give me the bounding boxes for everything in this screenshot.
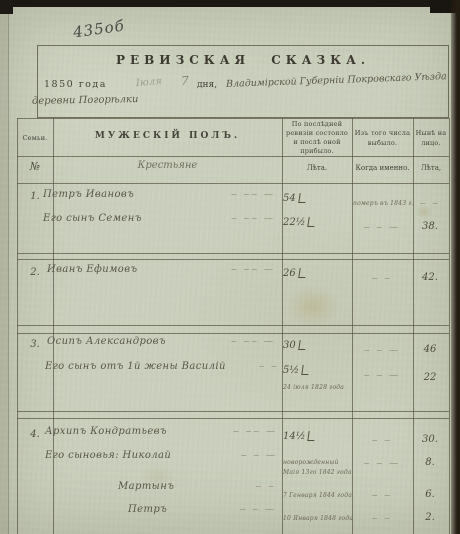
dash-filler: ‒ ‒	[420, 199, 440, 209]
folio-number: 435об	[72, 16, 126, 41]
member-age-now: 42.	[422, 272, 438, 283]
member-row: Иванъ Ефимовъ ‒ ‒‒ —	[47, 264, 275, 275]
departed-cell: ‒ ‒	[353, 506, 411, 525]
member-age-now-cell: 46	[413, 337, 447, 356]
col-header-departed-line2: выбыло.	[352, 139, 413, 148]
scan-top-left-corner	[0, 0, 13, 14]
subheader-age-now: Лѣта,	[413, 164, 449, 172]
subheader-age-prev: Лѣта.	[282, 164, 352, 172]
birth-note: 24 іюля 1828 года	[283, 384, 344, 391]
table-hline	[17, 183, 449, 184]
member-row: Архипъ Кондратьевъ ‒ ‒‒ —	[45, 426, 277, 437]
departed-cell: ‒ ‒ —	[353, 215, 411, 234]
member-age-now-cell: 22	[413, 365, 447, 384]
departed-cell: ‒ ‒	[353, 266, 411, 285]
birth-note-cell: 24 іюля 1828 года	[283, 374, 349, 393]
member-age-prev-cell: 54	[283, 186, 349, 205]
member-row: Петръ Ивановъ ‒ ‒‒ —	[43, 189, 275, 200]
col-header-present-line2: лицо.	[413, 139, 449, 148]
dash-filler: ‒ ‒‒ —	[231, 265, 275, 275]
member-name: Иванъ Ефимовъ	[47, 264, 138, 275]
member-age-prev: 22½	[283, 217, 305, 228]
dash-filler: ‒ ‒ —	[364, 346, 400, 356]
departed-cell: ‒ ‒ —	[353, 363, 411, 382]
member-age-prev: 26	[283, 268, 296, 279]
flourish-mark	[298, 268, 306, 278]
member-age-prev-cell: 14½	[283, 424, 349, 443]
member-age-now: 30.	[422, 434, 438, 445]
col-header-family: Семьи.	[17, 134, 53, 143]
birth-note-cell: 10 Января 1848 года	[283, 505, 349, 524]
birth-note: 7 Генваря 1844 года	[283, 492, 352, 499]
dash-filler: ‒ ‒	[372, 491, 392, 501]
member-age-now-cell: 6.	[413, 482, 447, 501]
dash-filler: ‒ ‒ —	[364, 371, 400, 381]
dash-filler: ‒ ‒ —	[241, 451, 277, 461]
departed-cell: ‒ ‒ —	[353, 451, 411, 470]
birth-note: 10 Января 1848 года	[283, 515, 353, 522]
month-handwritten: Іюля	[136, 76, 163, 89]
dash-filler: ‒ ‒‒ —	[231, 190, 275, 200]
member-age-now: 46	[424, 344, 437, 355]
member-row: Осипъ Александровъ ‒ ‒‒ —	[47, 336, 275, 347]
member-age-now-cell: 38.	[413, 214, 447, 233]
member-name: Его сыновья: Николай	[45, 450, 171, 461]
dash-filler: ‒ ‒‒ —	[231, 214, 275, 224]
day-label: дня,	[197, 80, 217, 90]
member-age-now: 22	[424, 372, 437, 383]
flourish-mark	[308, 217, 316, 227]
member-age-now: 2.	[425, 512, 435, 523]
table-hline	[17, 259, 449, 260]
flourish-mark	[298, 193, 306, 203]
dash-filler: ‒ ‒ —	[364, 459, 400, 469]
member-age-prev-cell: 26	[283, 261, 349, 280]
table-hline	[17, 333, 449, 334]
col-header-prev-revision-line3: и послѣ оной	[282, 138, 352, 147]
dash-filler: ‒ ‒ —	[364, 223, 400, 233]
village-handwritten: деревни Погорѣлки	[32, 94, 139, 107]
member-row: Его сынъ Семенъ ‒ ‒‒ —	[43, 213, 275, 224]
birth-note-cell: 7 Генваря 1844 года	[283, 482, 349, 501]
member-name: Архипъ Кондратьевъ	[45, 426, 167, 437]
member-age-now: 38.	[422, 221, 438, 232]
dash-filler: ‒ ‒	[372, 274, 392, 284]
day-handwritten: 7	[181, 74, 189, 88]
member-age-prev: 14½	[283, 431, 305, 442]
death-note-cell: померъ въ 1843 г.	[353, 190, 411, 209]
flourish-mark	[298, 340, 306, 350]
member-age-prev: 54	[283, 193, 296, 204]
table-hline	[17, 118, 449, 119]
dash-filler: ‒ ‒	[256, 482, 276, 492]
member-age-prev-cell: 30	[283, 333, 349, 352]
year-label: 1850 года	[44, 79, 107, 90]
member-name: Петръ Ивановъ	[43, 189, 134, 200]
member-name: Его сынъ отъ 1й жены Василій	[45, 361, 226, 372]
document-title: РЕВИЗСКАЯ СКАЗКА.	[37, 53, 449, 67]
member-name: Мартынъ	[118, 481, 174, 492]
member-row: Мартынъ ‒ ‒	[118, 481, 276, 492]
subheader-estate-handwritten: Крестьяне	[53, 160, 282, 171]
dash-filler: ‒ ‒	[372, 514, 392, 524]
table-hline	[17, 253, 449, 254]
page-left-edge	[8, 0, 9, 534]
table-vline	[53, 118, 54, 534]
departed-cell: ‒ ‒ —	[353, 338, 411, 357]
member-row: Его сыновья: Николай ‒ ‒ —	[45, 450, 277, 461]
death-note: померъ въ 1843 г.	[353, 200, 414, 207]
member-name: Петръ	[128, 504, 167, 515]
col-header-prev-revision-line2: ревизіи состояло	[282, 129, 352, 138]
birth-note-cell: Маія 13го 1842 года	[283, 459, 349, 478]
col-header-male: МУЖЕСКІЙ ПОЛЪ.	[53, 131, 282, 141]
birth-note: Маія 13го 1842 года	[283, 469, 352, 476]
member-row: Петръ ‒ ‒ —	[128, 504, 276, 515]
table-vline	[449, 118, 450, 534]
departed-cell: ‒ ‒	[353, 428, 411, 447]
departed-cell: ‒ ‒	[353, 483, 411, 502]
col-header-present-line1: Нынѣ на	[413, 129, 449, 138]
dash-filler: ‒ ‒‒ —	[233, 427, 277, 437]
dash-filler: ‒ ‒ —	[240, 505, 276, 515]
table-vline	[352, 118, 353, 534]
member-age-now-cell: 42.	[413, 265, 447, 284]
table-hline	[17, 325, 449, 326]
subheader-no: №	[17, 160, 53, 173]
scan-right-edge	[451, 0, 460, 534]
dash-filler: ‒ ‒‒ —	[231, 337, 275, 347]
member-age-prev: 30	[283, 340, 296, 351]
member-age-now-cell: 30.	[413, 427, 447, 446]
table-vline	[413, 118, 414, 534]
col-header-prev-revision-line1: По послѣдней	[282, 120, 352, 129]
member-age-now-cell: 8.	[413, 450, 447, 469]
table-hline	[17, 156, 449, 157]
col-header-departed-line1: Изъ того числа	[352, 129, 413, 138]
member-name: Осипъ Александровъ	[47, 336, 166, 347]
paper-stain	[285, 285, 340, 327]
member-name: Его сынъ Семенъ	[43, 213, 142, 224]
subheader-when: Когда именно.	[352, 164, 413, 172]
member-age-now: 8.	[425, 457, 435, 468]
table-hline	[17, 411, 449, 412]
table-hline	[17, 418, 449, 419]
member-age-now: 6.	[425, 489, 435, 500]
dash-filler: ‒ ‒	[372, 436, 392, 446]
page-left-shade	[0, 0, 8, 534]
dash-filler: ‒ ‒	[259, 362, 279, 372]
scanned-document-page: 435об РЕВИЗСКАЯ СКАЗКА. 1850 года Іюля 7…	[0, 0, 460, 534]
scan-top-edge	[0, 0, 460, 7]
member-age-now-cell: 2.	[413, 505, 447, 524]
flourish-mark	[308, 431, 316, 441]
table-vline	[17, 118, 18, 534]
member-row: Его сынъ отъ 1й жены Василій ‒ ‒	[45, 361, 279, 372]
member-age-now-cell: ‒ ‒	[413, 191, 447, 210]
member-age-prev-cell: 22½	[283, 210, 349, 229]
col-header-prev-revision-line4: прибыло.	[282, 147, 352, 156]
